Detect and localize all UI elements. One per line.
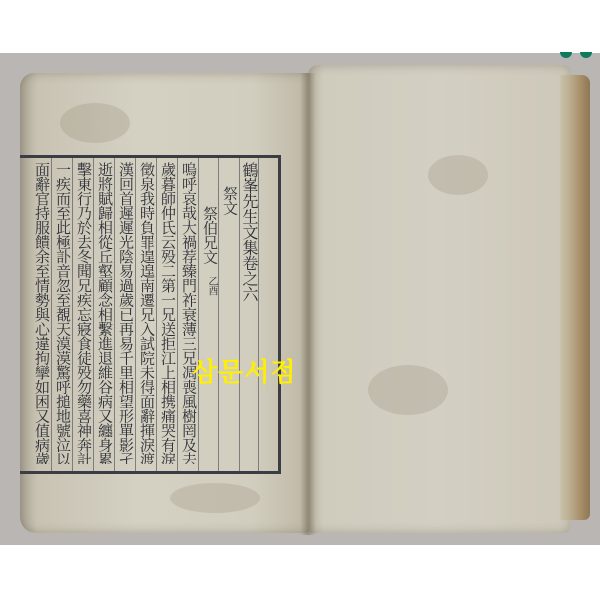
piece-title: 祭伯兄文 [201,206,218,286]
text-column-8: 面辭官持服饋余至情勢與心違拘攣如困又值病歲 [33,162,50,464]
text-column-6: 擊東行乃於去冬聞兄疾忘寢食徒殁勿藥喜神奔計豈料 [75,162,92,464]
text-column-5: 逝將賦歸相從丘壑顧念相繫進退維谷病又纏身累 [96,162,113,464]
right-page-blank [308,65,570,533]
open-book: 鶴峯先生文集卷之六 祭文 祭伯兄文 乙酉 嗚呼哀哉大禍荐臻門祚衰薄三兄凋喪風樹罔… [20,65,592,537]
text-column-3: 徵泉我時負罪遑遑南遷兄入試院未得面辭揮淚渡 [138,162,155,464]
watermark-text: 삼문서점 [192,352,296,389]
logo-fragment-icon [560,52,592,58]
text-column-1: 嗚呼哀哉大禍荐臻門祚衰薄三兄凋喪風樹罔及去 [180,162,197,464]
text-column-4: 漢回首遲遲光陰易過歲已再易千里相望形單影孑 [117,162,134,464]
text-column-2: 歲暮師仲氏云殁二第一兄送拒江上相携痛哭有淚 [159,162,176,464]
book-title-column: 鶴峯先生文集卷之六 [241,162,258,464]
text-frame: 鶴峯先生文集卷之六 祭文 祭伯兄文 乙酉 嗚呼哀哉大禍荐臻門祚衰薄三兄凋喪風樹罔… [20,155,281,474]
section-heading: 祭文 [221,186,238,488]
left-page: 鶴峯先生文集卷之六 祭文 祭伯兄文 乙酉 嗚呼哀哉大禍荐臻門祚衰薄三兄凋喪風樹罔… [20,73,310,533]
book-gutter [300,73,316,535]
piece-date-note: 乙酉 [203,276,220,316]
page-edge-stack [560,75,590,520]
text-column-7: 一疾而至此極訃音忽至覩天漠漠驚呼搥地號泣以 [54,162,71,464]
